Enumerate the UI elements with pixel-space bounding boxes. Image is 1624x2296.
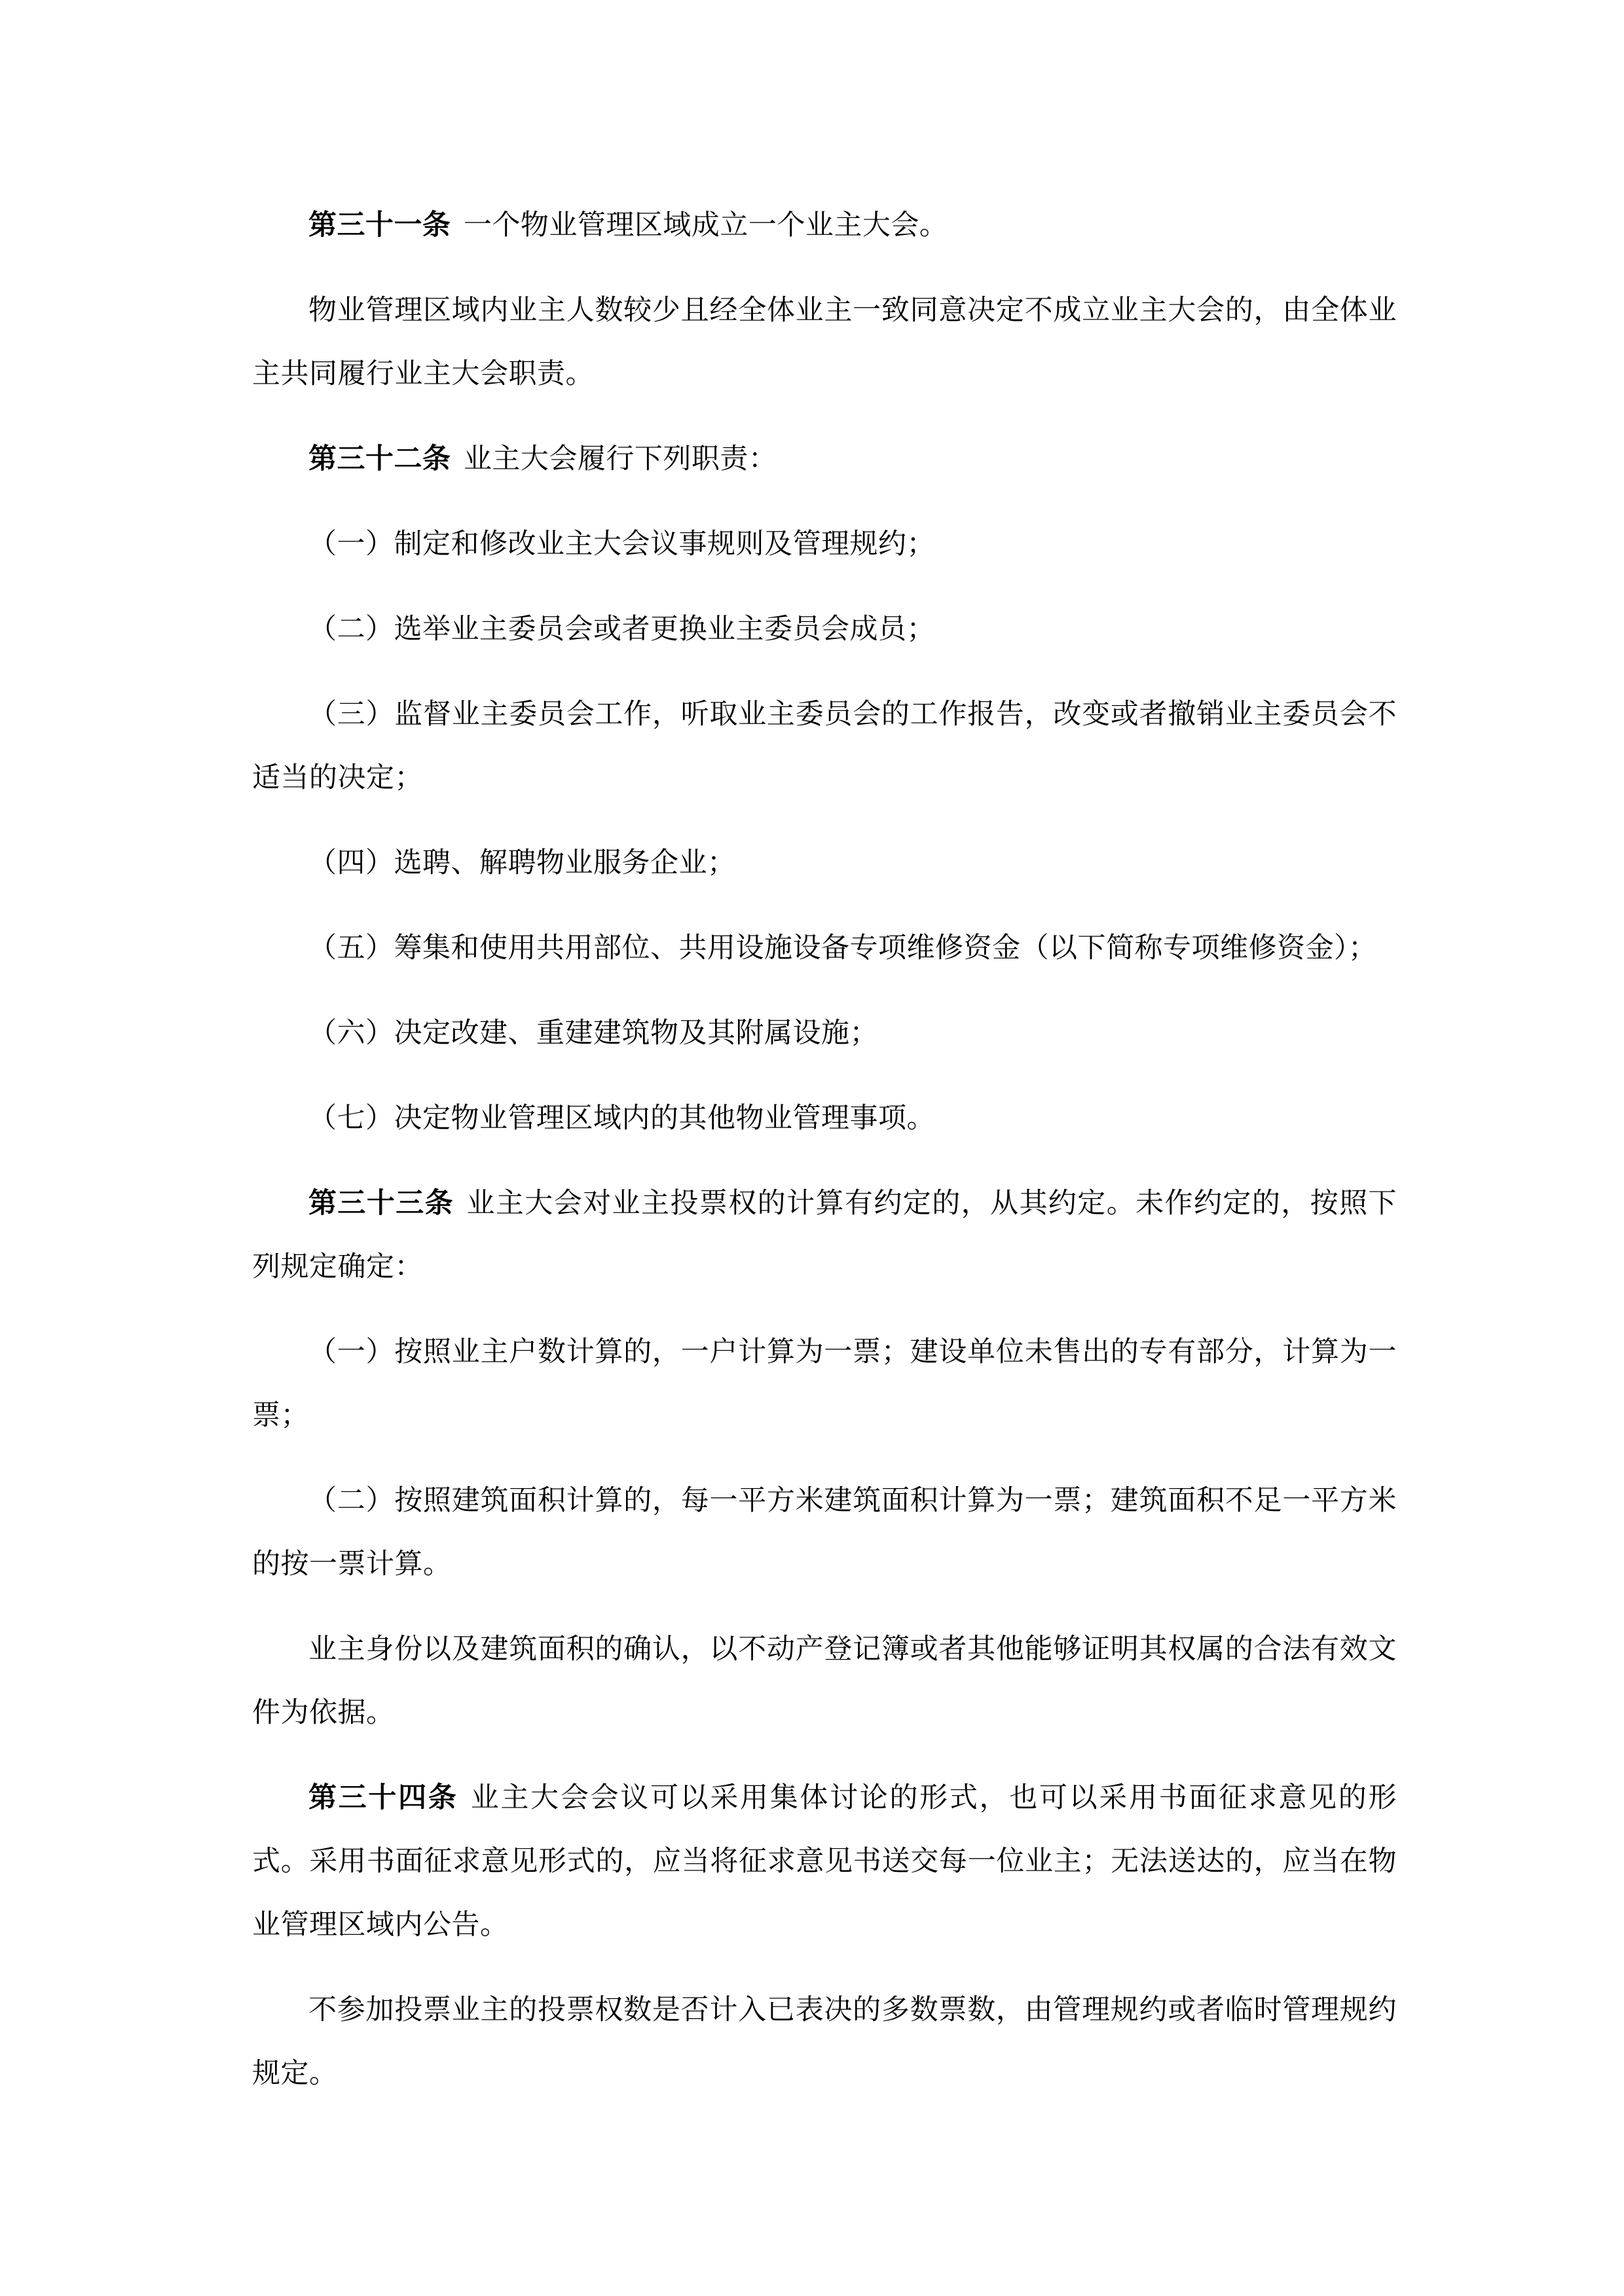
paragraph-article-31: 第三十一条一个物业管理区域成立一个业主大会。	[252, 194, 1397, 257]
paragraph-article-33-3: 业主身份以及建筑面积的确认，以不动产登记簿或者其他能够证明其权属的合法有效文件为…	[252, 1618, 1397, 1745]
paragraph-article-34: 第三十四条业主大会会议可以采用集体讨论的形式，也可以采用书面征求意见的形式。采用…	[252, 1766, 1397, 1957]
paragraph-text: 不参加投票业主的投票权数是否计入已表决的多数票数，由管理规约或者临时管理规约规定…	[252, 1995, 1397, 2089]
paragraph-text: （二）按照建筑面积计算的，每一平方米建筑面积计算为一票；建筑面积不足一平方米的按…	[252, 1485, 1397, 1580]
paragraph-article-32-item-6: （六）决定改建、重建建筑物及其附属设施；	[252, 1002, 1397, 1065]
paragraph-text: （一）制定和修改业主大会议事规则及管理规约；	[308, 529, 935, 560]
paragraph-article-33: 第三十三条业主大会对业主投票权的计算有约定的，从其约定。未作约定的，按照下列规定…	[252, 1172, 1397, 1299]
paragraph-article-32-item-7: （七）决定物业管理区域内的其他物业管理事项。	[252, 1087, 1397, 1150]
paragraph-article-31-2: 物业管理区域内业主人数较少且经全体业主一致同意决定不成立业主大会的，由全体业主共…	[252, 279, 1397, 406]
paragraph-article-33-item-1: （一）按照业主户数计算的，一户计算为一票；建设单位未售出的专有部分，计算为一票；	[252, 1321, 1397, 1448]
paragraph-article-34-2: 不参加投票业主的投票权数是否计入已表决的多数票数，由管理规约或者临时管理规约规定…	[252, 1978, 1397, 2105]
article-32-number: 第三十二条	[308, 444, 451, 475]
article-33-number: 第三十三条	[308, 1188, 454, 1219]
paragraph-text: （二）选举业主委员会或者更换业主委员会成员；	[308, 614, 935, 645]
paragraph-text: （三）监督业主委员会工作，听取业主委员会的工作报告，改变或者撤销业主委员会不适当…	[252, 699, 1397, 793]
paragraph-text: 物业管理区域内业主人数较少且经全体业主一致同意决定不成立业主大会的，由全体业主共…	[252, 295, 1397, 390]
paragraph-article-32-item-3: （三）监督业主委员会工作，听取业主委员会的工作报告，改变或者撤销业主委员会不适当…	[252, 683, 1397, 810]
document-page: 第三十一条一个物业管理区域成立一个业主大会。 物业管理区域内业主人数较少且经全体…	[0, 0, 1624, 2296]
paragraph-article-32-item-2: （二）选举业主委员会或者更换业主委员会成员；	[252, 598, 1397, 661]
article-31-number: 第三十一条	[308, 210, 451, 241]
article-34-number: 第三十四条	[308, 1783, 458, 1813]
paragraph-text: 业主身份以及建筑面积的确认，以不动产登记簿或者其他能够证明其权属的合法有效文件为…	[252, 1634, 1397, 1728]
paragraph-article-33-item-2: （二）按照建筑面积计算的，每一平方米建筑面积计算为一票；建筑面积不足一平方米的按…	[252, 1469, 1397, 1596]
paragraph-text: （一）按照业主户数计算的，一户计算为一票；建设单位未售出的专有部分，计算为一票；	[252, 1337, 1397, 1431]
paragraph-text: （六）决定改建、重建建筑物及其附属设施；	[308, 1018, 878, 1049]
paragraph-article-32: 第三十二条业主大会履行下列职责：	[252, 428, 1397, 491]
paragraph-article-32-item-1: （一）制定和修改业主大会议事规则及管理规约；	[252, 513, 1397, 576]
paragraph-article-32-item-4: （四）选聘、解聘物业服务企业；	[252, 831, 1397, 895]
article-32-text: 业主大会履行下列职责：	[464, 444, 777, 475]
article-31-text: 一个物业管理区域成立一个业主大会。	[464, 210, 948, 241]
paragraph-text: （四）选聘、解聘物业服务企业；	[308, 848, 736, 879]
document-body: 第三十一条一个物业管理区域成立一个业主大会。 物业管理区域内业主人数较少且经全体…	[252, 194, 1397, 2127]
paragraph-article-32-item-5: （五）筹集和使用共用部位、共用设施设备专项维修资金（以下简称专项维修资金）；	[252, 917, 1397, 980]
paragraph-text: （五）筹集和使用共用部位、共用设施设备专项维修资金（以下简称专项维修资金）；	[308, 933, 1377, 964]
paragraph-text: （七）决定物业管理区域内的其他物业管理事项。	[308, 1103, 935, 1134]
